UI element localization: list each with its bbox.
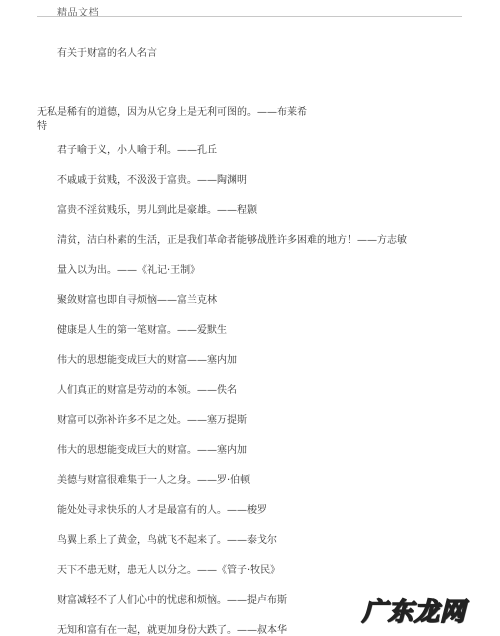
quote-line: 无知和富有在一起，就更加身份大跌了。——叔本华 — [57, 621, 287, 636]
quote-line: 君子喻于义，小人喻于利。——孔丘 — [57, 141, 217, 156]
quote-line: 无私是稀有的道德，因为从它身上是无利可图的。——布莱希 — [37, 103, 307, 118]
quote-line: 财富可以弥补许多不足之处。——塞万提斯 — [57, 411, 247, 426]
quote-line: 天下不患无财，患无人以分之。——《管子·牧民》 — [57, 561, 280, 576]
quote-line: 美德与财富很难集于一人之身。——罗·伯顿 — [57, 471, 250, 486]
quote-line: 能处处寻求快乐的人才是最富有的人。——梭罗 — [57, 501, 267, 516]
quote-line: 富贵不淫贫贱乐，男儿到此是豪雄。——程颢 — [57, 201, 257, 216]
quote-line: 伟大的思想能变成巨大的财富。——塞内加 — [57, 441, 247, 456]
quote-line: 清贫，洁白朴素的生活，正是我们革命者能够战胜许多困难的地方！——方志敏 — [57, 231, 407, 246]
quote-line: 鸟翼上系上了黄金，鸟就飞不起来了。——泰戈尔 — [57, 531, 277, 546]
quote-line: 人们真正的财富是劳动的本领。——佚名 — [57, 381, 237, 396]
site-watermark-logo: 广东龙网 — [362, 592, 466, 628]
document-title: 有关于财富的名人名言 — [57, 44, 157, 59]
header-divider — [37, 16, 462, 17]
quote-line: 量入以为出。——《礼记·王制》 — [57, 261, 200, 276]
quote-line: 不戚戚于贫贱，不汲汲于富贵。——陶渊明 — [57, 171, 247, 186]
quote-line: 聚敛财富也即自寻烦恼——富兰克林 — [57, 291, 217, 306]
quote-line: 伟大的思想能变成巨大的财富——塞内加 — [57, 351, 237, 366]
quote-line: 财富减轻不了人们心中的忧虑和烦恼。——提卢布斯 — [57, 591, 287, 606]
quote-line: 健康是人生的第一笔财富。——爱默生 — [57, 321, 227, 336]
quote-line-continuation: 特 — [37, 117, 47, 132]
